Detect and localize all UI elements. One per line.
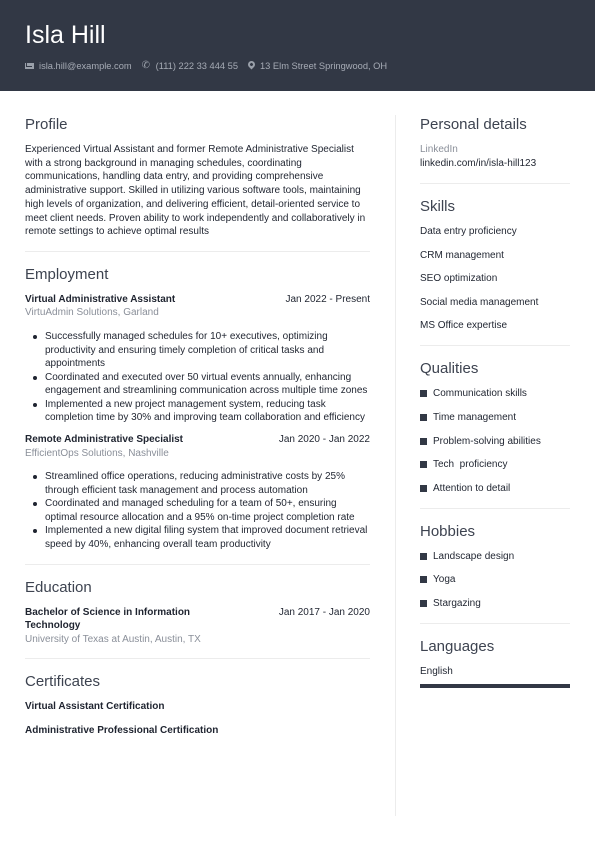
job-entry: Virtual Administrative Assistant Jan 202…: [25, 293, 370, 425]
languages-section: Languages English: [420, 638, 570, 689]
section-title-profile: Profile: [25, 116, 370, 134]
education-entry: Bachelor of Science in Information Techn…: [25, 606, 370, 647]
qualities-section: Qualities Communication skills Time mana…: [420, 360, 570, 494]
map-pin-icon: [247, 60, 257, 70]
section-title-languages: Languages: [420, 638, 570, 656]
divider: [420, 508, 570, 509]
contact-phone: ✆ (111) 222 33 444 55: [142, 61, 238, 71]
skill-item: Data entry proficiency: [420, 225, 570, 238]
square-bullet-icon: [420, 576, 427, 583]
email-text: isla.hill@example.com: [39, 61, 132, 71]
section-title-certificates: Certificates: [25, 673, 370, 691]
job-date: Jan 2020 - Jan 2022: [279, 433, 370, 447]
hobby-item: Stargazing: [420, 597, 570, 610]
job-title: Virtual Administrative Assistant: [25, 293, 175, 307]
bullet-item: Streamlined office operations, reducing …: [25, 470, 370, 497]
divider: [420, 345, 570, 346]
square-bullet-icon: [420, 461, 427, 468]
hobby-item: Landscape design: [420, 550, 570, 563]
quality-item: Time management: [420, 411, 570, 424]
contact-address: 13 Elm Street Springwood, OH: [248, 61, 387, 71]
bullet-item: Successfully managed schedules for 10+ e…: [25, 330, 370, 371]
job-entry: Remote Administrative Specialist Jan 202…: [25, 433, 370, 552]
section-title-qualities: Qualities: [420, 360, 570, 378]
quality-item: Problem-solving abilities: [420, 435, 570, 448]
square-bullet-icon: [420, 485, 427, 492]
divider: [420, 183, 570, 184]
phone-text: (111) 222 33 444 55: [156, 61, 238, 71]
certificates-section: Certificates Virtual Assistant Certifica…: [25, 673, 370, 737]
contact-bar: isla.hill@example.com ✆ (111) 222 33 444…: [25, 59, 397, 72]
section-title-skills: Skills: [420, 198, 570, 216]
resume-header: Isla Hill isla.hill@example.com ✆ (111) …: [0, 0, 595, 91]
square-bullet-icon: [420, 600, 427, 607]
personal-details-section: Personal details LinkedIn linkedin.com/i…: [420, 116, 570, 170]
column-divider: [395, 115, 396, 816]
bullet-item: Implemented a new project management sys…: [25, 398, 370, 425]
quality-item: Tech proficiency: [420, 458, 570, 471]
job-bullets: Streamlined office operations, reducing …: [25, 470, 370, 552]
divider: [420, 623, 570, 624]
skill-item: Social media management: [420, 296, 570, 309]
linkedin-link[interactable]: linkedin.com/in/isla-hill123: [420, 157, 570, 171]
bullet-item: Coordinated and managed scheduling for a…: [25, 497, 370, 524]
language-level-fill: [420, 684, 570, 688]
education-section: Education Bachelor of Science in Informa…: [25, 579, 370, 647]
candidate-name: Isla Hill: [25, 21, 106, 50]
envelope-icon: [25, 63, 34, 69]
bullet-item: Coordinated and executed over 50 virtual…: [25, 371, 370, 398]
skills-section: Skills Data entry proficiency CRM manage…: [420, 198, 570, 332]
job-date: Jan 2022 - Present: [286, 293, 371, 307]
profile-text: Experienced Virtual Assistant and former…: [25, 143, 370, 239]
section-title-hobbies: Hobbies: [420, 523, 570, 541]
divider: [25, 658, 370, 659]
certificate-item: Virtual Assistant Certification: [25, 700, 370, 713]
address-text: 13 Elm Street Springwood, OH: [260, 61, 387, 71]
square-bullet-icon: [420, 438, 427, 445]
main-column: Profile Experienced Virtual Assistant an…: [25, 116, 370, 737]
skill-item: MS Office expertise: [420, 319, 570, 332]
contact-email[interactable]: isla.hill@example.com: [25, 61, 132, 71]
section-title-employment: Employment: [25, 266, 370, 284]
bullet-item: Implemented a new digital filing system …: [25, 524, 370, 551]
square-bullet-icon: [420, 390, 427, 397]
sidebar-column: Personal details LinkedIn linkedin.com/i…: [420, 116, 570, 688]
divider: [25, 564, 370, 565]
square-bullet-icon: [420, 414, 427, 421]
divider: [25, 251, 370, 252]
skill-item: CRM management: [420, 249, 570, 262]
employment-section: Employment Virtual Administrative Assist…: [25, 266, 370, 552]
job-organization: VirtuAdmin Solutions, Garland: [25, 306, 370, 320]
certificate-item: Administrative Professional Certificatio…: [25, 724, 370, 737]
square-bullet-icon: [420, 553, 427, 560]
job-bullets: Successfully managed schedules for 10+ e…: [25, 330, 370, 425]
quality-item: Attention to detail: [420, 482, 570, 495]
linkedin-label: LinkedIn: [420, 143, 570, 157]
profile-section: Profile Experienced Virtual Assistant an…: [25, 116, 370, 239]
language-level-bar: [420, 684, 570, 688]
section-title-education: Education: [25, 579, 370, 597]
phone-icon: ✆: [142, 61, 151, 70]
language-name: English: [420, 665, 570, 679]
education-date: Jan 2017 - Jan 2020: [279, 606, 370, 633]
section-title-personal: Personal details: [420, 116, 570, 134]
quality-item: Communication skills: [420, 387, 570, 400]
job-organization: EfficientOps Solutions, Nashville: [25, 447, 370, 461]
degree-title: Bachelor of Science in Information Techn…: [25, 606, 215, 633]
job-title: Remote Administrative Specialist: [25, 433, 183, 447]
hobbies-section: Hobbies Landscape design Yoga Stargazing: [420, 523, 570, 610]
school-name: University of Texas at Austin, Austin, T…: [25, 633, 370, 647]
hobby-item: Yoga: [420, 573, 570, 586]
skill-item: SEO optimization: [420, 272, 570, 285]
